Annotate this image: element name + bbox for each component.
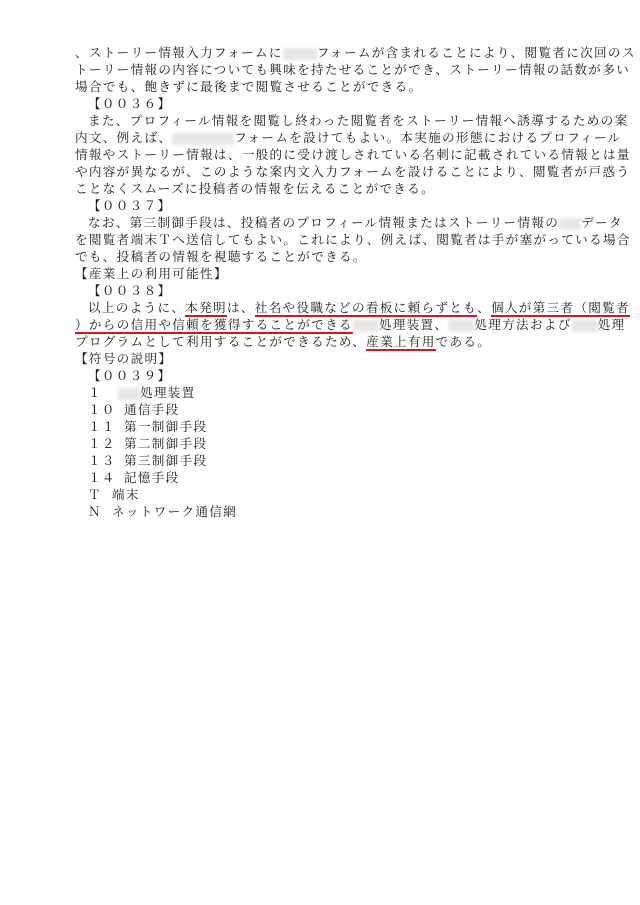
redacted-text bbox=[559, 218, 581, 230]
underlined-phrase: 本発明 bbox=[185, 300, 227, 317]
redacted-text bbox=[283, 48, 317, 60]
text-line: でも、投稿者の情報を視聴することができる。 bbox=[75, 248, 597, 265]
text-line: トーリー情報の内容についても興味を持たせることができ、ストーリー情報の話数が多い bbox=[75, 61, 597, 78]
text-fragment: 、ストーリー情報入力フォームに bbox=[75, 45, 283, 60]
text-line: プログラムとして利用することができるため、産業上有用である。 bbox=[75, 333, 597, 350]
underlined-phrase: ）からの信用や信頼を獲得することができる bbox=[75, 317, 353, 334]
symbol-label: 第一制御手段 bbox=[124, 419, 207, 434]
symbol-label: 第三制御手段 bbox=[124, 453, 207, 468]
symbol-item: Ｎネットワーク通信網 bbox=[75, 503, 597, 520]
text-line: ）からの信用や信頼を獲得することができる処理装置、処理方法および処理 bbox=[75, 316, 597, 333]
symbol-code: １２ bbox=[88, 435, 124, 452]
text-line: 、ストーリー情報入力フォームにフォームが含まれることにより、閲覧者に次回のス bbox=[75, 44, 597, 61]
symbol-label: 通信手段 bbox=[124, 402, 180, 417]
symbol-label: 処理装置 bbox=[140, 385, 196, 400]
text-fragment: 処理装置、 bbox=[379, 317, 448, 332]
symbol-item: １４記憶手段 bbox=[75, 469, 597, 486]
section-heading-industrial-applicability: 【産業上の利用可能性】 bbox=[75, 265, 597, 282]
redacted-text bbox=[118, 388, 140, 400]
text-fragment: である。 bbox=[436, 334, 492, 349]
text-line: を閲覧者端末Ｔへ送信してもよい。これにより、例えば、閲覧者は手が塞がっている場合 bbox=[75, 231, 597, 248]
text-fragment: 、 bbox=[477, 300, 491, 315]
text-fragment: は、 bbox=[227, 300, 255, 315]
text-fragment: 処理方法および bbox=[474, 317, 571, 332]
text-fragment: プログラムとして利用することができるため、 bbox=[75, 334, 366, 349]
section-heading-symbols: 【符号の説明】 bbox=[75, 350, 597, 367]
symbol-code: １１ bbox=[88, 418, 124, 435]
symbol-item: １１第一制御手段 bbox=[75, 418, 597, 435]
symbol-label: 端末 bbox=[112, 487, 140, 502]
text-fragment: 内文、例えば、 bbox=[75, 130, 172, 145]
text-line: や内容が異なるが、このような案内文入力フォームを設けることにより、閲覧者が戸惑う bbox=[75, 163, 597, 180]
underlined-phrase: 個人が第三者（閲覧者 bbox=[491, 300, 630, 317]
symbol-item: １３第三制御手段 bbox=[75, 452, 597, 469]
symbol-code: １４ bbox=[88, 469, 124, 486]
text-line: 以上のように、本発明は、社名や役職などの看板に頼らずとも、個人が第三者（閲覧者 bbox=[75, 299, 597, 316]
text-line: なお、第三制御手段は、投稿者のプロフィール情報またはストーリー情報のデータ bbox=[75, 214, 597, 231]
symbol-code: １３ bbox=[88, 452, 124, 469]
paragraph-number-0037: 【００３７】 bbox=[75, 197, 597, 214]
symbol-item: １２第二制御手段 bbox=[75, 435, 597, 452]
text-fragment: 以上のように、 bbox=[88, 300, 185, 315]
paragraph-number-0038: 【００３８】 bbox=[75, 282, 597, 299]
paragraph-number-0039: 【００３９】 bbox=[75, 367, 597, 384]
text-line: ことなくスムーズに投稿者の情報を伝えることができる。 bbox=[75, 180, 597, 197]
text-fragment: 処理 bbox=[598, 317, 626, 332]
text-line: また、プロフィール情報を閲覧し終わった閲覧者をストーリー情報へ誘導するための案 bbox=[75, 112, 597, 129]
underlined-phrase: 産業上有用 bbox=[366, 334, 435, 351]
paragraph-number-0036: 【００３６】 bbox=[75, 95, 597, 112]
text-line: 情報やストーリー情報は、一般的に受け渡しされている名刺に記載されている情報とは量 bbox=[75, 146, 597, 163]
symbol-label: 第二制御手段 bbox=[124, 436, 207, 451]
text-fragment: なお、第三制御手段は、投稿者のプロフィール情報またはストーリー情報の bbox=[88, 215, 559, 230]
symbol-item: １０通信手段 bbox=[75, 401, 597, 418]
symbol-code: １０ bbox=[88, 401, 124, 418]
patent-document-page: 、ストーリー情報入力フォームにフォームが含まれることにより、閲覧者に次回のス ト… bbox=[75, 44, 597, 520]
symbol-item: １処理装置 bbox=[75, 384, 597, 401]
symbol-code: Ｔ bbox=[88, 486, 112, 503]
symbol-label: 記憶手段 bbox=[124, 470, 180, 485]
text-fragment: フォームを設けてもよい。本実施の形態におけるプロフィール bbox=[234, 130, 621, 145]
text-line: 内文、例えば、フォームを設けてもよい。本実施の形態におけるプロフィール bbox=[75, 129, 597, 146]
symbol-code: Ｎ bbox=[88, 503, 112, 520]
text-fragment: データ bbox=[581, 215, 623, 230]
text-fragment: フォームが含まれることにより、閲覧者に次回のス bbox=[317, 45, 636, 60]
redacted-text bbox=[353, 320, 379, 332]
redacted-text bbox=[172, 133, 234, 145]
text-line: 場合でも、飽きずに最後まで閲覧させることができる。 bbox=[75, 78, 597, 95]
symbol-label: ネットワーク通信網 bbox=[112, 504, 237, 519]
redacted-text bbox=[448, 320, 474, 332]
symbol-item: Ｔ端末 bbox=[75, 486, 597, 503]
redacted-text bbox=[572, 320, 598, 332]
underlined-phrase: 社名や役職などの看板に頼らずとも bbox=[255, 300, 477, 317]
